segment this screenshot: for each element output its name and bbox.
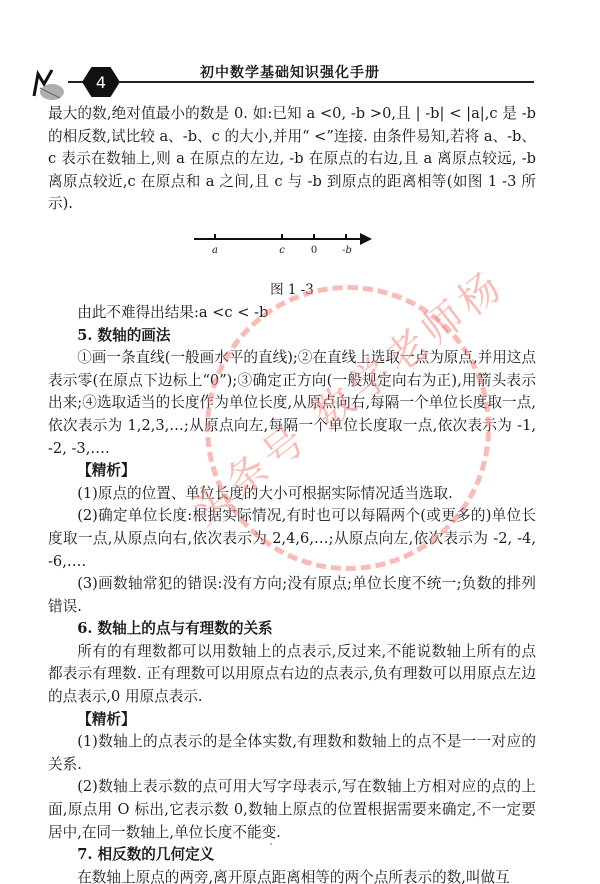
- number-line-axis: [194, 238, 362, 240]
- section-5-analysis-title: 【精析】: [48, 460, 536, 483]
- quill-logo-icon: [30, 62, 70, 102]
- paragraph-intro: 最大的数,绝对值最小的数是 0. 如:已知 a <0, -b >0,且 | -b…: [48, 103, 536, 216]
- tick-neg-b: [345, 234, 347, 239]
- section-6-title: 6. 数轴上的点与有理数的关系: [48, 618, 536, 641]
- header-rule-left: [68, 81, 84, 83]
- section-5-analysis-1: (1)原点的位置、单位长度的大小可根据实际情况适当选取.: [48, 483, 536, 506]
- page-number-badge: 4: [82, 67, 120, 97]
- scan-speck: [270, 843, 272, 845]
- tick-label-neg-b: -b: [342, 245, 352, 256]
- section-5-analysis-3: (3)画数轴常犯的错误:没有方向;没有原点;单位长度不统一;负数的排列错误.: [48, 573, 536, 618]
- figure-caption: 图 1 -3: [48, 278, 536, 302]
- conclusion-line: 由此不难得出结果:a <c < -b: [48, 302, 536, 325]
- tick-c: [281, 234, 283, 239]
- section-5-title: 5. 数轴的画法: [48, 325, 536, 348]
- section-6-analysis-title: 【精析】: [48, 709, 536, 732]
- section-7-body: 在数轴上原点的两旁,离开原点距离相等的两个点所表示的数,叫做互: [48, 867, 536, 884]
- arrow-right-icon: [360, 233, 372, 245]
- section-6-body: 所有的有理数都可以用数轴上的点表示,反过来,不能说数轴上所有的点都表示有理数. …: [48, 641, 536, 709]
- section-5-body: ①画一条直线(一般画水平的直线);②在直线上选取一点为原点,并用这点表示零(在原…: [48, 347, 536, 460]
- section-7-title: 7. 相反数的几何定义: [48, 844, 536, 867]
- tick-origin: [313, 234, 315, 239]
- tick-a: [214, 234, 216, 239]
- page-header: 4 初中数学基础知识强化手册: [0, 0, 600, 95]
- tick-label-origin: 0: [311, 245, 317, 256]
- tick-label-a: a: [212, 245, 218, 256]
- section-6-analysis-1: (1)数轴上的点表示的是全体实数,有理数和数轴上的点不是一一对应的关系.: [48, 731, 536, 776]
- tick-label-c: c: [279, 245, 285, 256]
- page-body: 最大的数,绝对值最小的数是 0. 如:已知 a <0, -b >0,且 | -b…: [48, 103, 536, 884]
- section-5-analysis-2: (2)确定单位长度:根据实际情况,有时也可以每隔两个(或更多的)单位长度取一点,…: [48, 505, 536, 573]
- number-line-figure: a c 0 -b: [48, 222, 536, 278]
- running-title: 初中数学基础知识强化手册: [180, 62, 400, 82]
- section-6-analysis-2: (2)数轴上表示数的点可用大写字母表示,写在数轴上方相对应的点的上面,原点用 O…: [48, 776, 536, 844]
